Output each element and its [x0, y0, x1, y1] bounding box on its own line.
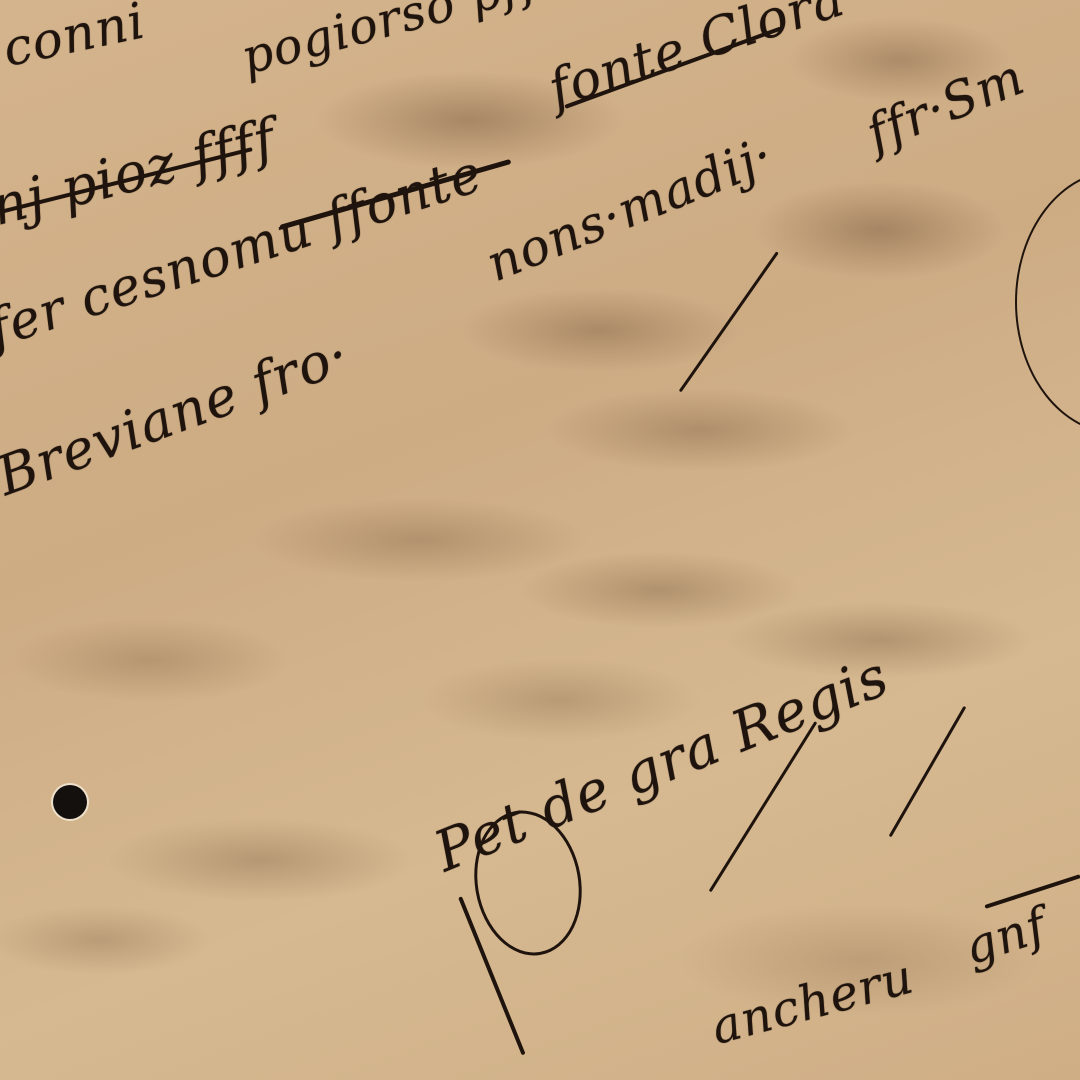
script-line-1: conni — [0, 0, 150, 78]
script-line-5: ffr·Sm — [858, 48, 1032, 163]
script-line-2: pogiorso pff — [236, 0, 545, 86]
script-line-7: nons·madij· — [478, 125, 781, 293]
script-line-11: gnf — [958, 897, 1054, 976]
descender-stroke — [679, 251, 779, 392]
flourish-loop — [1015, 170, 1080, 434]
pinhole-mark — [53, 785, 87, 819]
script-line-8: Breviane fro· — [0, 322, 358, 508]
script-line-10: ancheru — [706, 948, 920, 1056]
manuscript-page: conni pogiorso pff fonte Clora nj pioz f… — [0, 0, 1080, 1080]
descender-stroke-3 — [889, 706, 967, 837]
